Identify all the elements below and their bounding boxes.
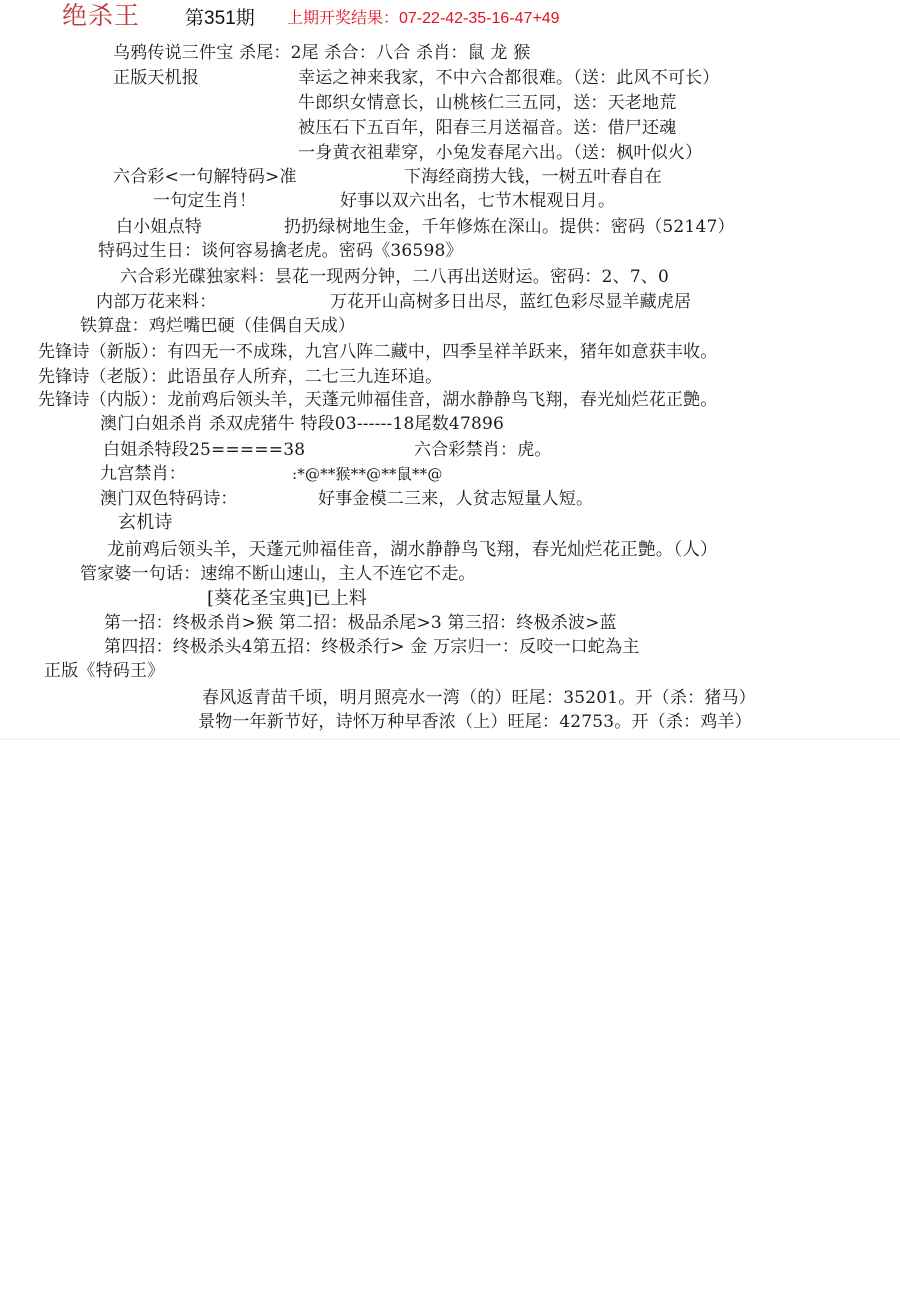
document-page: 绝杀王 第351期 上期开奖结果：07-22-42-35-16-47+49 乌鸦… (0, 0, 900, 740)
nine-palace-label: 九宫禁肖： (100, 463, 186, 485)
zodiac-verse: 好事以双六出名，七节木棍观日月。 (340, 190, 615, 212)
tema-wang-verse-1: 春风返青苗千顷，明月照亮水一湾（的）旺尾：35201。开（杀：猪马） (202, 687, 756, 709)
tema-wang-heading: 正版《特码王》 (44, 660, 164, 682)
moves-1-3: 第一招：终极杀肖>猴 第二招：极品杀尾>3 第三招：终极杀波>蓝 (104, 612, 617, 634)
abacus-line: 铁算盘：鸡烂嘴巴硬（佳偶自天成） (80, 315, 355, 337)
mystic-poem-verse: 龙前鸡后领头羊，天蓬元帅福佳音，湖水静静鸟飞翔，春光灿烂花正艶。（人） (107, 539, 718, 561)
tianji-verse-2: 牛郎织女情意长，山桃核仁三五同，送：天老地荒 (298, 92, 676, 114)
tema-wang-verse-2: 景物一年新节好，诗怀万种早香浓（上）旺尾：42753。开（杀：鸡羊） (198, 711, 752, 733)
issue-number: 第351期 (185, 7, 255, 31)
forbidden-zodiac: 六合彩禁肖：虎。 (414, 439, 552, 461)
moves-4-5: 第四招：终极杀头4第五招：终极杀行> 金 万宗归一：反咬一口蛇為主 (104, 636, 639, 658)
zodiac-label: 一句定生肖！ (153, 190, 256, 212)
bai-xiaojie-label: 白小姐点特 (116, 216, 202, 238)
tianji-label: 正版天机报 (113, 67, 199, 89)
macau-baijie-line: 澳门白姐杀肖 杀双虎猪牛 特段03------18尾数47896 (100, 413, 504, 435)
bai-xiaojie-verse: 扔扔绿树地生金，千年修炼在深山。提供：密码（52147） (284, 216, 735, 238)
results-numbers: 07-22-42-35-16-47+49 (399, 10, 560, 27)
pioneer-poem-new: 先锋诗（新版）：有四无一不成珠，九宫八阵二藏中，四季呈祥羊跃来，猪年如意获丰收。 (38, 341, 718, 363)
tianji-verse-1: 幸运之神来我家，不中六合都很难。（送：此风不可长） (298, 67, 720, 89)
crow-legend-line: 乌鸦传说三件宝 杀尾：2尾 杀合：八合 杀肖：鼠 龙 猴 (113, 42, 530, 64)
macau-poem-label: 澳门双色特码诗： (100, 488, 238, 510)
page-title: 绝杀王 (62, 0, 140, 32)
one-line-label: 六合彩<一句解特码>准 (113, 166, 297, 188)
tianji-verse-3: 被压石下五百年，阳春三月送福音。送：借尸还魂 (298, 117, 676, 139)
macau-poem-verse: 好事金模二三来，人贫志短量人短。 (318, 488, 593, 510)
baijie-segment: 白姐杀特段25=====38 (103, 439, 305, 461)
page-bottom-edge (0, 738, 900, 740)
wanhua-label: 内部万花来料： (96, 291, 216, 313)
disc-exclusive-line: 六合彩光碟独家料：昙花一现两分钟，二八再出送财运。密码：2、7、0 (120, 266, 669, 288)
pioneer-poem-old: 先锋诗（老版）：此语虽存人所弃，二七三九连环追。 (38, 366, 442, 388)
housekeeper-line: 管家婆一句话：速绵不断山速山，主人不连它不走。 (80, 563, 476, 585)
birthday-line: 特码过生日：谈何容易擒老虎。密码《36598》 (98, 240, 463, 262)
nine-palace-value: :*@**猴**@**鼠**@ (292, 463, 443, 485)
mystic-poem-heading: 玄机诗 (118, 512, 173, 534)
wanhua-verse: 万花开山高树多日出尽，蓝红色彩尽显羊藏虎居 (330, 291, 691, 313)
previous-results: 上期开奖结果：07-22-42-35-16-47+49 (287, 8, 560, 30)
sunflower-heading: [葵花圣宝典]已上料 (207, 588, 367, 610)
results-label: 上期开奖结果： (287, 10, 399, 27)
tianji-verse-4: 一身黄衣祖辈穿，小兔发春尾六出。（送：枫叶似火） (298, 142, 702, 164)
pioneer-poem-internal: 先锋诗（内版）：龙前鸡后领头羊，天蓬元帅福佳音，湖水静静鸟飞翔，春光灿烂花正艶。 (38, 389, 718, 411)
one-line-verse: 下海经商捞大钱，一树五叶春自在 (404, 166, 662, 188)
